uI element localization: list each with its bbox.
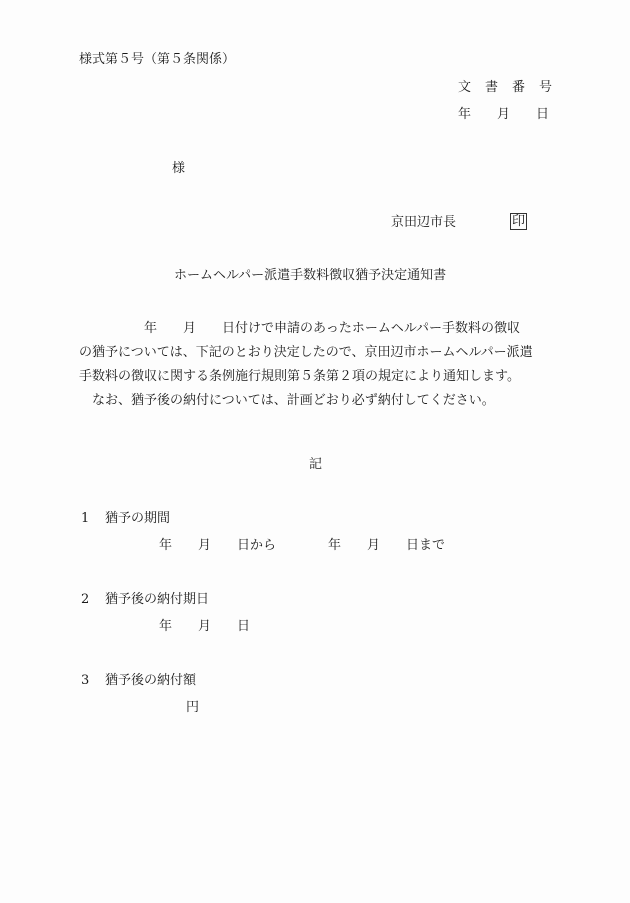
item-2-value: 年 月 日 (159, 619, 250, 635)
item-3-number: 3 (81, 673, 89, 689)
ki-heading: 記 (309, 457, 322, 473)
item-1-label: 猶予の期間 (105, 511, 170, 527)
issuer-name: 京田辺市長 (391, 215, 456, 231)
item-3-label: 猶予後の納付額 (105, 673, 196, 689)
date-label: 年 月 日 (458, 107, 549, 123)
item-2-label: 猶予後の納付期日 (105, 592, 209, 608)
body-line: 手数料の徴収に関する条例施行規則第５条第２項の規定により通知します。 (79, 365, 559, 389)
body-paragraph: 年 月 日付けで申請のあったホームヘルパー手数料の徴収 の猶予については、下記の… (79, 317, 559, 413)
document-number-label: 文 書 番 号 (458, 80, 553, 96)
document-title: ホームヘルパー派遣手数料徴収猶予決定通知書 (174, 268, 446, 284)
form-label: 様式第５号（第５条関係） (79, 52, 235, 68)
body-line: なお、猶予後の納付については、計画どおり必ず納付してください。 (79, 389, 559, 413)
seal-icon: 印 (510, 213, 527, 230)
body-line: の猶予については、下記のとおり決定したので、京田辺市ホームヘルパー派遣 (79, 341, 559, 365)
item-1-value: 年 月 日から 年 月 日まで (159, 538, 445, 554)
item-2-number: 2 (81, 592, 89, 608)
item-1-number: 1 (81, 511, 89, 527)
body-line: 年 月 日付けで申請のあったホームヘルパー手数料の徴収 (79, 317, 559, 341)
item-3-value: 円 (186, 700, 199, 716)
seal-mark: 印 (510, 213, 527, 230)
recipient-honorific: 様 (172, 161, 185, 177)
